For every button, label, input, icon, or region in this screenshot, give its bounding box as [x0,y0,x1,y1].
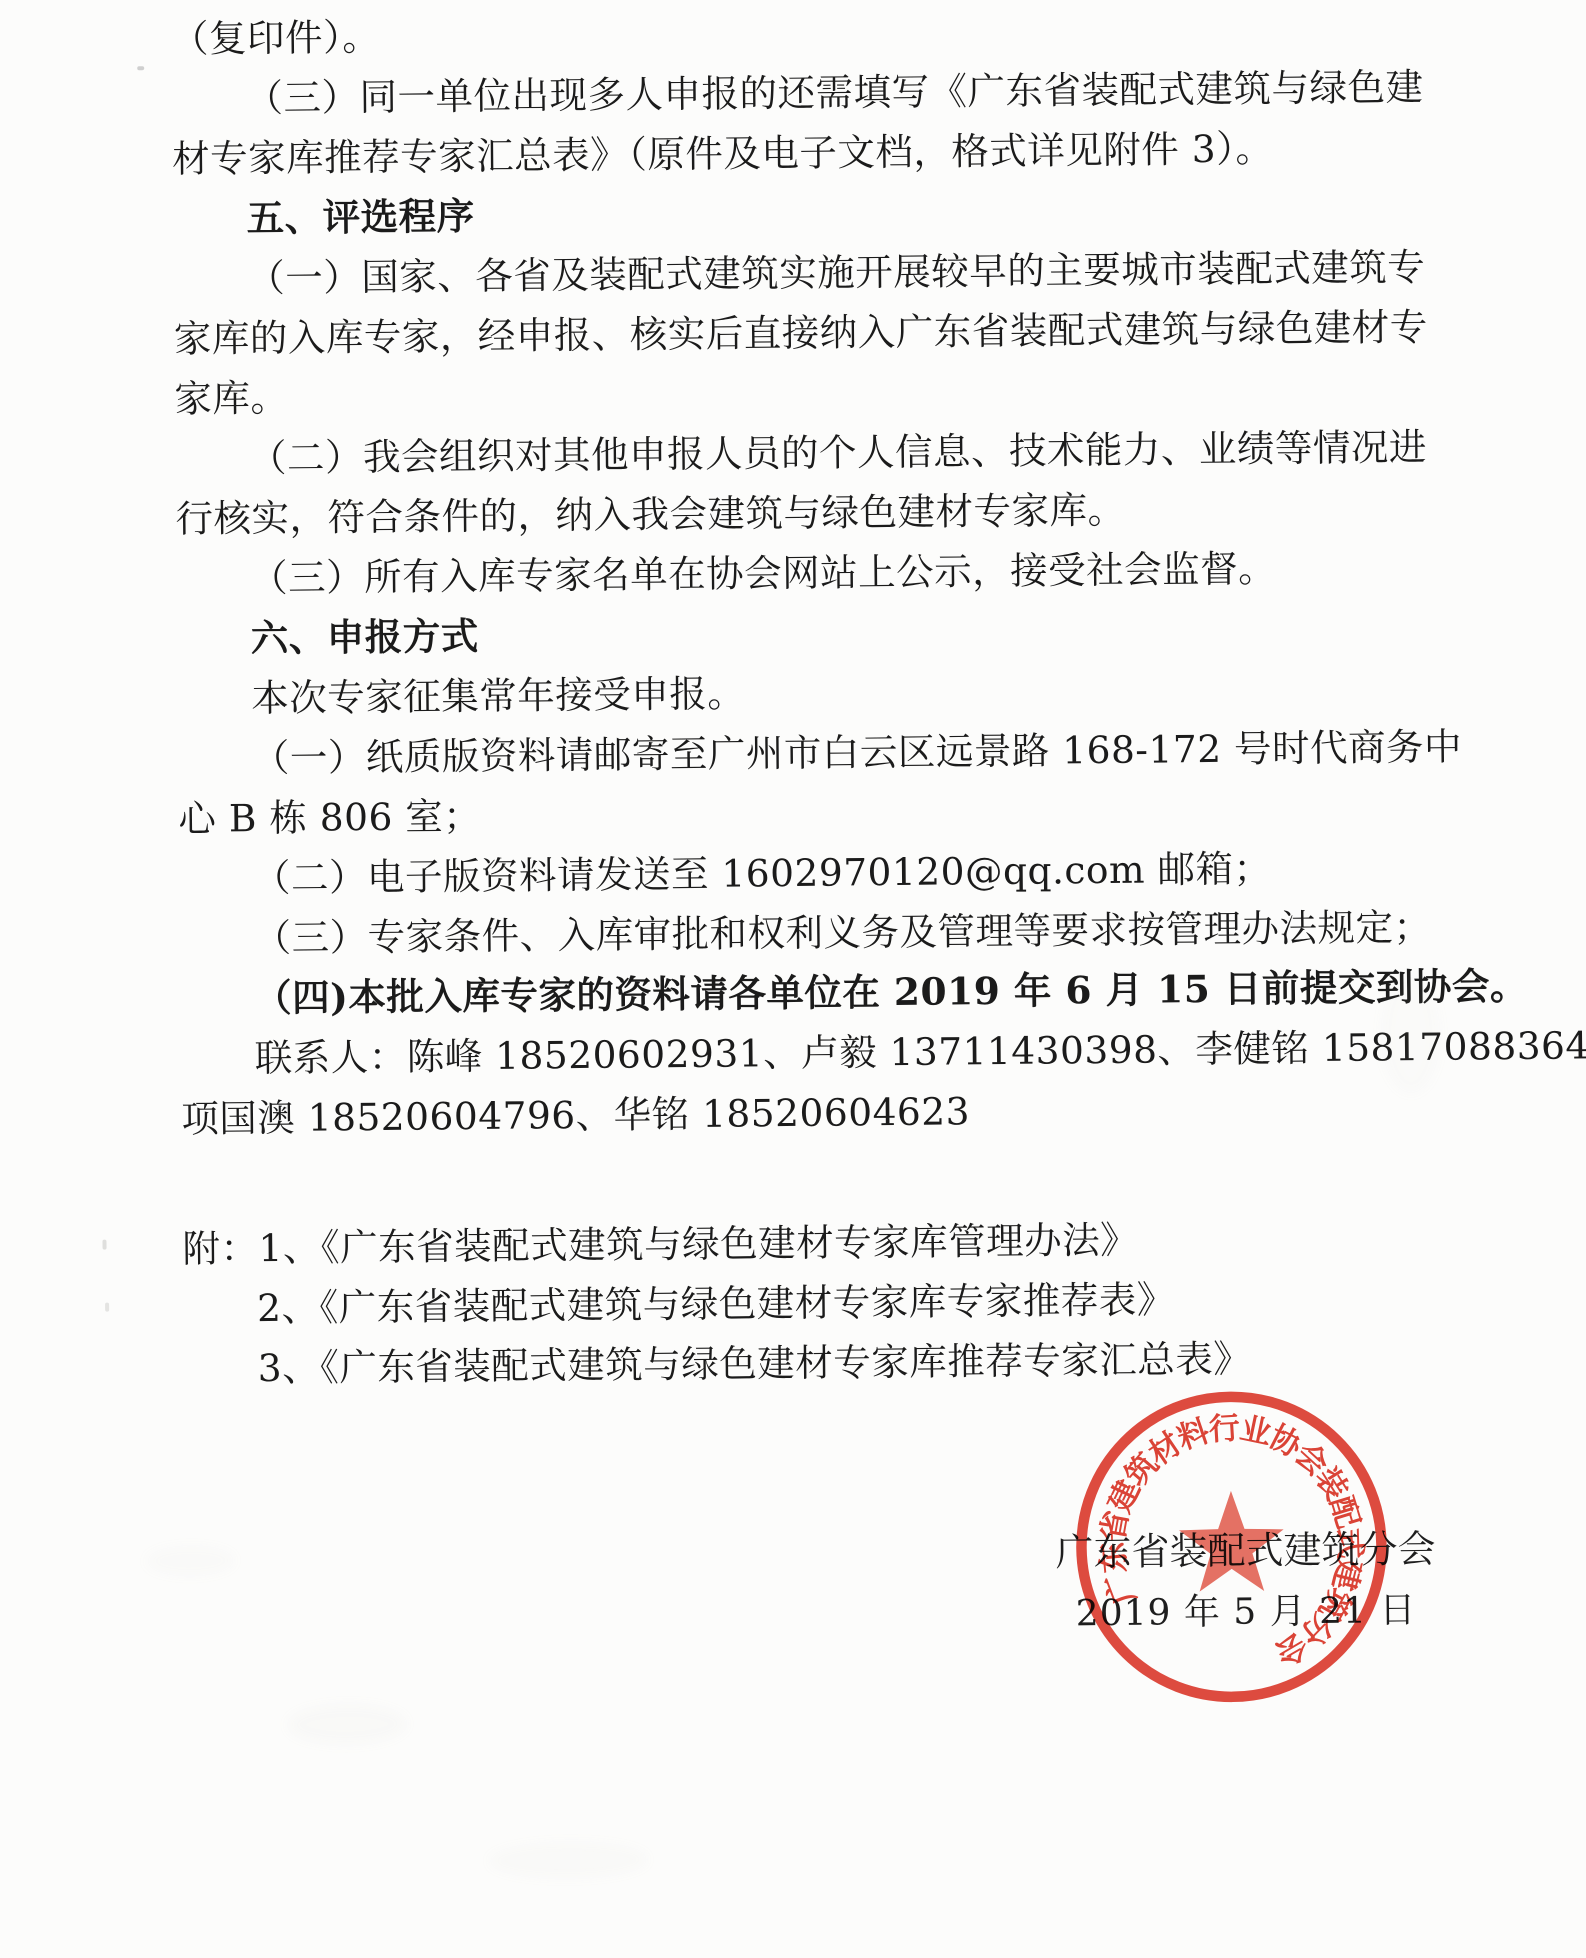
text-line: 家库的入库专家，经申报、核实后直接纳入广东省装配式建筑与绿色建材专 [174,297,1445,369]
contact-line: 联系人：陈峰 18520602931、卢毅 13711430398、李健铭 15… [180,1017,1451,1089]
scan-smudge [488,1841,648,1879]
seal-star [1179,1490,1285,1591]
svg-text:式: 式 [1331,1527,1368,1559]
text-line: （一）纸质版资料请邮寄至广州市白云区远景路 168-172 号时代商务中 [178,717,1449,789]
official-seal: 广 东 省 建 筑 材 料 行 业 协 会 装 配 式 建 筑 分 会 [1070,1385,1393,1708]
document-page: （复印件）。 （三）同一单位出现多人申报的还需填写《广东省装配式建筑与绿色建 材… [0,0,1586,1958]
scan-speck [102,1240,106,1250]
scanned-content: （复印件）。 （三）同一单位出现多人申报的还需填写《广东省装配式建筑与绿色建 材… [0,0,1586,1958]
document-body: （复印件）。 （三）同一单位出现多人申报的还需填写《广东省装配式建筑与绿色建 材… [171,0,1454,1399]
scan-smudge [145,1545,235,1576]
svg-text:东: 东 [1095,1541,1134,1575]
contact-line: 项国澳 18520604796、华铭 18520604623 [181,1077,1452,1149]
scan-smudge [1380,974,1441,1095]
scan-speck [137,66,144,70]
svg-text:行: 行 [1208,1410,1241,1448]
text-line: 材专家库推荐专家汇总表》（原件及电子文档，格式详见附件 3）。 [172,117,1443,189]
text-line: （三）所有入库专家名单在协会网站上公示，接受社会监督。 [176,537,1447,609]
text-line: （二）我会组织对其他申报人员的个人信息、技术能力、业绩等情况进 [175,417,1446,489]
scan-speck [105,1303,109,1312]
scan-smudge [287,1704,407,1745]
